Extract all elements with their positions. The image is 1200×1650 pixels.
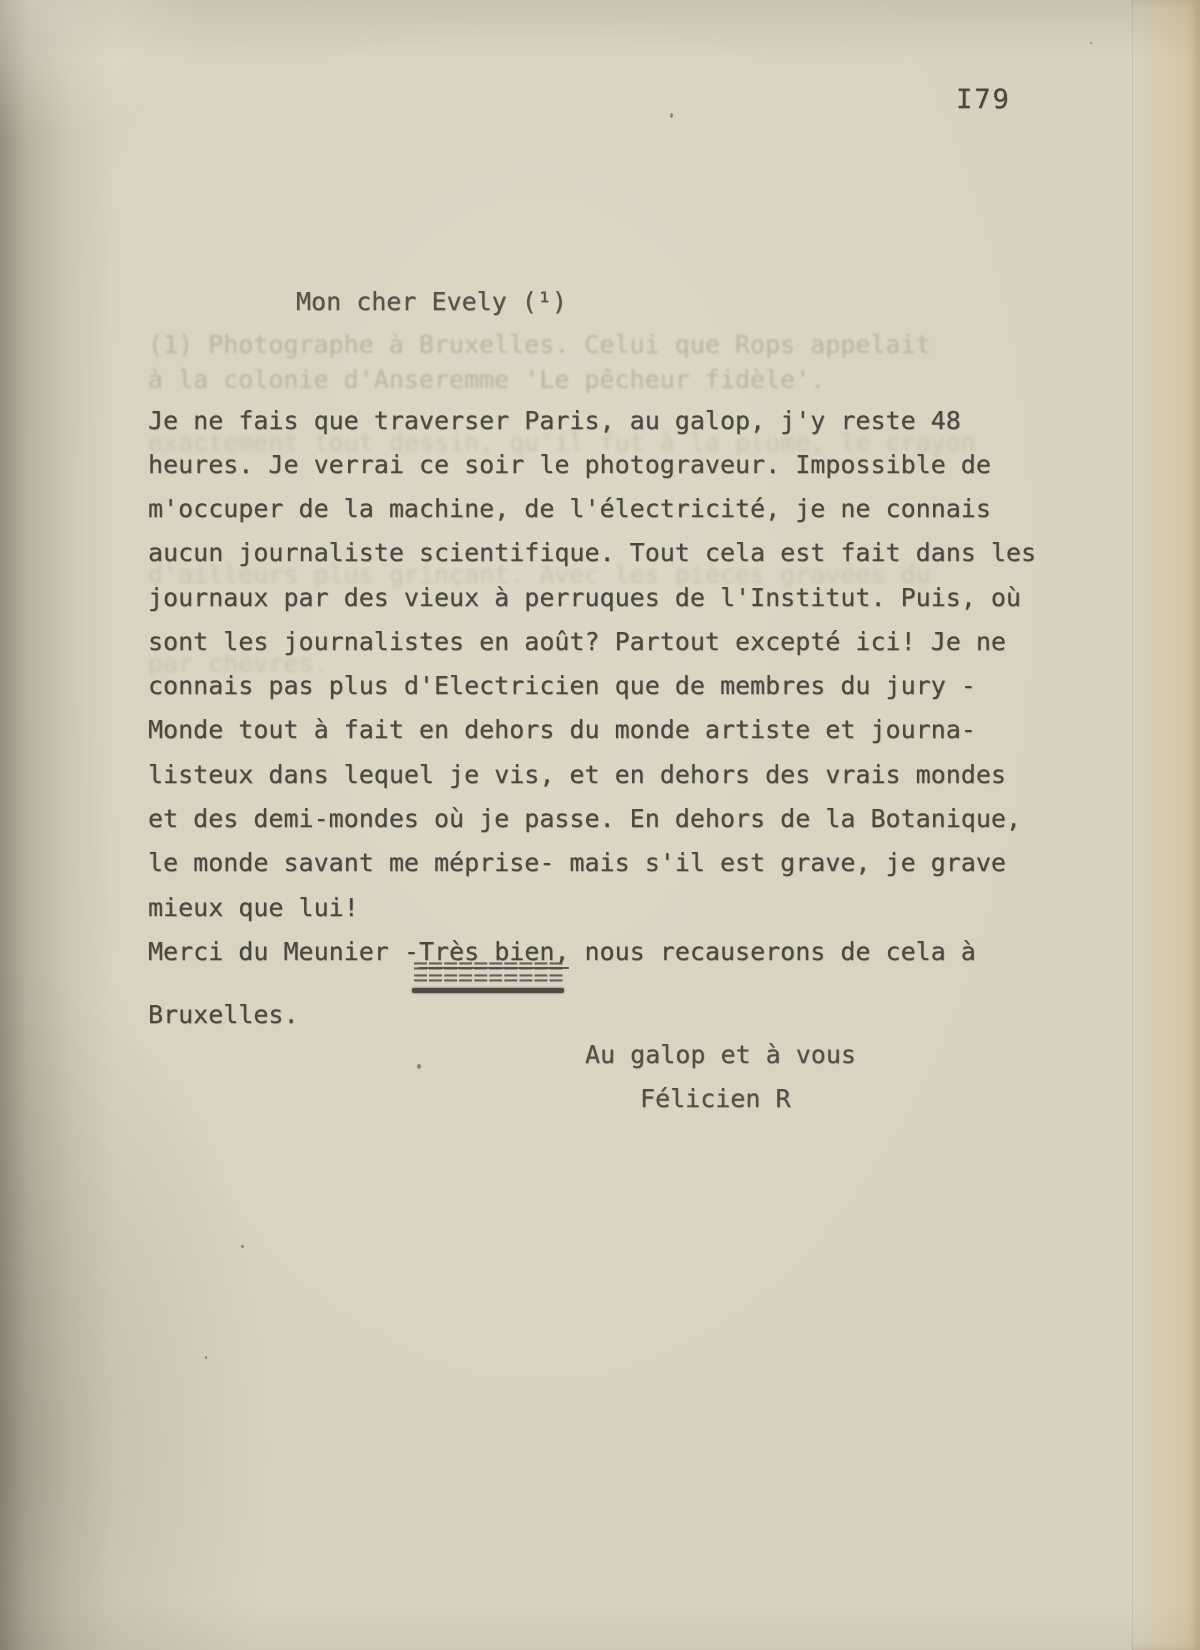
letter-line: aucun journaliste scientifique. Tout cel… [148,538,1036,568]
signature: Félicien R [640,1084,791,1113]
letter-line: m'occuper de la machine, de l'électricit… [148,494,991,524]
heavy-underline-bar [412,988,564,993]
closing-line: Au galop et à vous [585,1040,856,1069]
merci-suffix: nous recauserons de cela à [569,937,975,966]
letter-line: mieux que lui! [148,893,359,923]
salutation: Mon cher Evely (¹) [296,287,567,316]
merci-prefix: Merci du Meunier - [148,937,419,966]
letter-line: journaux par des vieux à perruques de l'… [148,583,1021,613]
typewritten-letter-page: (1) Photographe à Bruxelles. Celui que R… [0,0,1200,1650]
paper-speck [241,1245,244,1248]
book-page-edges [1132,0,1200,1650]
letter-line: heures. Je verrai ce soir le photograveu… [148,450,991,480]
letter-line: listeux dans lequel je vis, et en dehors… [148,760,1006,790]
ghost-line: (1) Photographe à Bruxelles. Celui que R… [148,330,931,359]
letter-line: connais pas plus d'Electricien que de me… [148,671,976,701]
paper-speck [670,113,673,118]
letter-line: le monde savant me méprise- mais s'il es… [148,848,1006,878]
letter-line: Je ne fais que traverser Paris, au galop… [148,406,961,436]
letter-line: Monde tout à fait en dehors du monde art… [148,715,976,745]
page-number: I79 [956,84,1011,115]
paper-speck [205,1356,207,1359]
paper-speck [417,1064,421,1069]
paper-speck [1090,42,1092,44]
letter-line: Bruxelles. [148,1000,299,1030]
letter-line: sont les journalistes en août? Partout e… [148,627,1006,657]
letter-line: et des demi-mondes où je passe. En dehor… [148,804,1021,834]
ghost-line: à la colonie d'Anseremme 'Le pêcheur fid… [148,365,825,394]
